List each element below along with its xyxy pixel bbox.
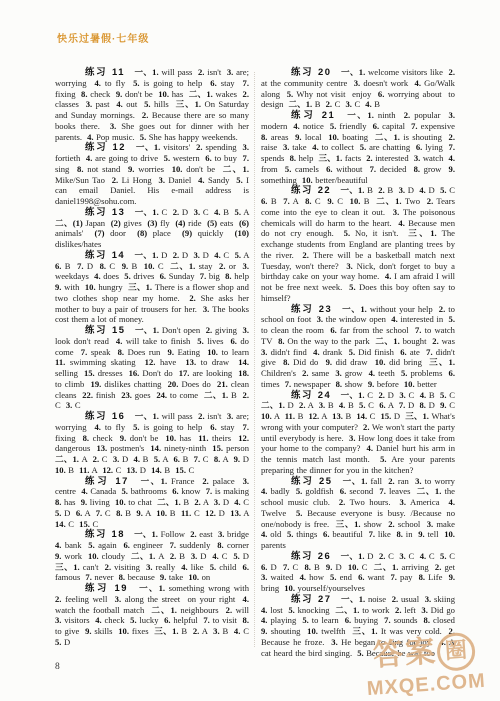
- exercise-title: 练习 23: [291, 303, 342, 314]
- exercise-title: 练习 14: [85, 249, 134, 260]
- exercise-title: 练习 24: [291, 389, 341, 400]
- exercise-block: 练习 16 一、1. will pass 2. isn't 3. are; wo…: [55, 411, 249, 476]
- exercise-title: 练习 18: [85, 528, 134, 539]
- exercise-block: 练习 23 一、1. without your help 2. to schoo…: [261, 304, 455, 390]
- exercise-title: 练习 22: [291, 184, 340, 195]
- exercise-block: 练习 18 一、1. Follow 2. east 3. bridge 4. b…: [55, 529, 249, 583]
- exercise-answers: 一、1. D 2. D 3. D 4. C 5. A 6. B 7. D 8. …: [55, 250, 254, 325]
- exercise-answers: 一、1. fall 2. ran 3. to worry 4. badly 5.…: [261, 476, 460, 551]
- exercise-block: 练习 17 一、1. France 2. palace 3. centre 4.…: [55, 476, 249, 530]
- answers-content: 练习 11 一、1. will pass 2. isn't 3. are; wo…: [55, 67, 455, 658]
- exercise-block: 练习 11 一、1. will pass 2. isn't 3. are; wo…: [55, 67, 249, 142]
- exercise-block: 练习 12 一、1. visitors' 2. spending 3. fort…: [55, 142, 249, 207]
- exercise-title: 练习 21: [291, 109, 347, 120]
- left-column: 练习 11 一、1. will pass 2. isn't 3. are; wo…: [55, 67, 249, 658]
- exercise-answers: 一、1. without your help 2. to school on f…: [261, 304, 460, 389]
- exercise-answers: 一、1. Don't open 2. giving 3. look don't …: [55, 325, 254, 410]
- watermark: 答案圈 MXQE.COM: [348, 630, 500, 701]
- exercise-answers: 一、1. C 2. D 3. C 4. B 5. C 二、1. D 2. A 3…: [261, 390, 460, 475]
- exercise-title: 练习 17: [85, 475, 141, 486]
- exercise-title: 练习 26: [291, 550, 341, 561]
- book-title-header: 快乐过暑假·七年级: [57, 30, 149, 45]
- exercise-title: 练习 13: [85, 206, 135, 217]
- exercise-title: 练习 12: [85, 141, 136, 152]
- exercise-block: 练习 26 一、1. D 2. C 3. C 4. C 5. C 6. D 7.…: [261, 551, 455, 594]
- exercise-block: 练习 22 一、1. B 2. B 3. D 4. D 5. C 6. B 7.…: [261, 185, 455, 303]
- exercise-title: 练习 27: [291, 593, 341, 604]
- exercise-block: 练习 24 一、1. C 2. D 3. C 4. B 5. C 二、1. D …: [261, 390, 455, 476]
- exercise-block: 练习 14 一、1. D 2. D 3. D 4. C 5. A 6. B 7.…: [55, 250, 249, 325]
- exercise-block: 练习 25 一、1. fall 2. ran 3. to worry 4. ba…: [261, 476, 455, 551]
- exercise-block: 练习 19 一、1. something wrong with 2. feeli…: [55, 583, 249, 648]
- exercise-title: 练习 16: [85, 410, 135, 421]
- exercise-block: 练习 15 一、1. Don't open 2. giving 3. look …: [55, 325, 249, 411]
- exercise-answers: 一、1. will pass 2. isn't 3. are; worrying…: [55, 67, 252, 142]
- exercise-block: 练习 13 一、1. C 2. D 3. C 4. B 5. A 二、(1) J…: [55, 207, 249, 250]
- exercise-block: 练习 20 一、1. welcome visitors like 2. at t…: [261, 67, 455, 110]
- exercise-title: 练习 11: [85, 66, 134, 77]
- right-column: 练习 20 一、1. welcome visitors like 2. at t…: [261, 67, 455, 658]
- exercise-title: 练习 25: [291, 475, 343, 486]
- exercise-answers: 一、1. B 2. B 3. D 4. D 5. C 6. B 7. A 8. …: [261, 185, 460, 303]
- watermark-logo-circle-icon: 圈: [436, 632, 477, 673]
- exercise-answers: 一、1. ninth 2. popular 3. modern 4. notic…: [261, 110, 460, 185]
- exercise-title: 练习 15: [85, 324, 135, 335]
- watermark-logo-text: 答案: [372, 635, 438, 672]
- exercise-block: 练习 21 一、1. ninth 2. popular 3. modern 4.…: [261, 110, 455, 185]
- page-number: 8: [55, 662, 60, 672]
- exercise-title: 练习 20: [291, 66, 341, 77]
- exercise-title: 练习 19: [85, 582, 139, 593]
